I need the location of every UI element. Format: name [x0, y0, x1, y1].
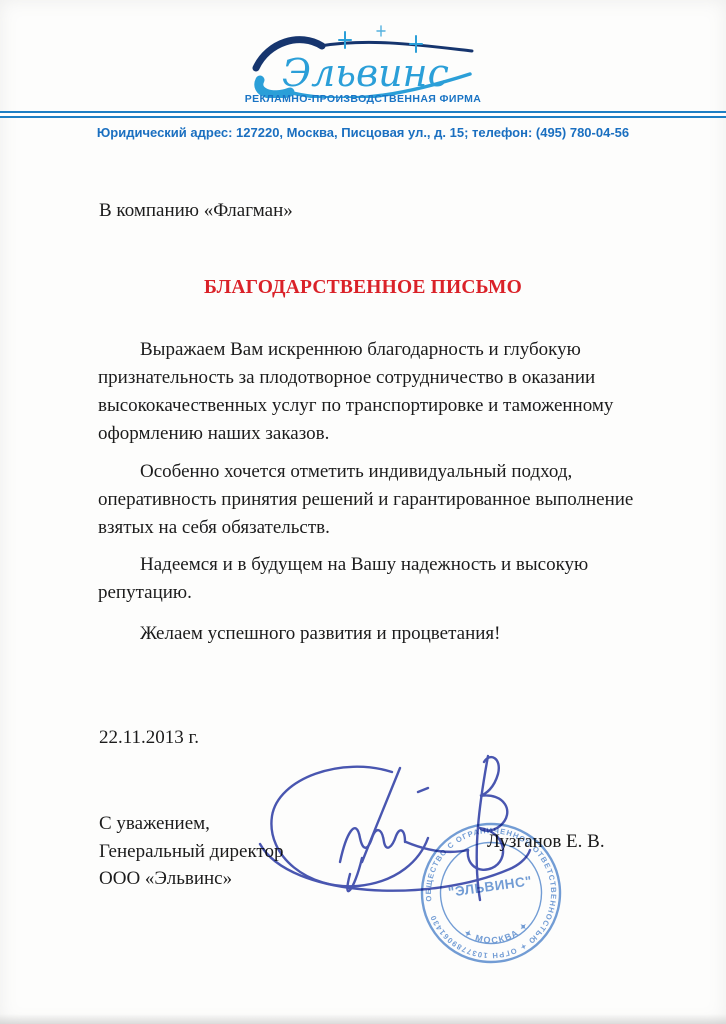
paragraph-line: взятых на себя обязательств. [98, 514, 673, 542]
signature-autograph [250, 750, 550, 918]
letter-title: БЛАГОДАРСТВЕННОЕ ПИСЬМО [0, 277, 726, 299]
logo-swash-navy-tail [320, 42, 472, 51]
paragraph-line: оперативность принятия решений и гаранти… [98, 486, 673, 514]
paragraph-line: оформлению наших заказов. [98, 420, 673, 448]
legal-address-line: Юридический адрес: 127220, Москва, Писцо… [0, 125, 726, 140]
date-line: 22.11.2013 г. [99, 727, 199, 749]
logo-small-cross-icon [377, 26, 385, 36]
paragraph-line: Выражаем Вам искреннюю благодарность и г… [98, 336, 673, 364]
body-paragraph-3: Надеемся и в будущем на Вашу надежность … [98, 551, 673, 607]
recipient-line: В компанию «Флагман» [99, 200, 293, 222]
paragraph-line: Желаем успешного развития и процветания! [98, 620, 673, 648]
letterhead-divider [0, 111, 726, 118]
paragraph-line: Надеемся и в будущем на Вашу надежность … [98, 551, 673, 579]
body-paragraph-4: Желаем успешного развития и процветания! [98, 620, 673, 648]
paragraph-line: признательность за плодотворное сотрудни… [98, 364, 673, 392]
body-paragraph-1: Выражаем Вам искреннюю благодарность и г… [98, 336, 673, 448]
company-tagline: РЕКЛАМНО-ПРОИЗВОДСТВЕННАЯ ФИРМА [0, 93, 726, 105]
paragraph-line: высококачественных услуг по транспортиро… [98, 392, 673, 420]
body-paragraph-2: Особенно хочется отметить индивидуальный… [98, 458, 673, 542]
logo-brand-text: Эльвинс [282, 51, 449, 95]
paragraph-line: репутацию. [98, 579, 673, 607]
scanned-letter-page: Эльвинс РЕКЛАМНО-ПРОИЗВОДСТВЕННАЯ ФИРМА … [0, 0, 726, 1024]
company-logo: Эльвинс [248, 18, 482, 98]
paragraph-line: Особенно хочется отметить индивидуальный… [98, 458, 673, 486]
scan-artifact [0, 1014, 726, 1024]
